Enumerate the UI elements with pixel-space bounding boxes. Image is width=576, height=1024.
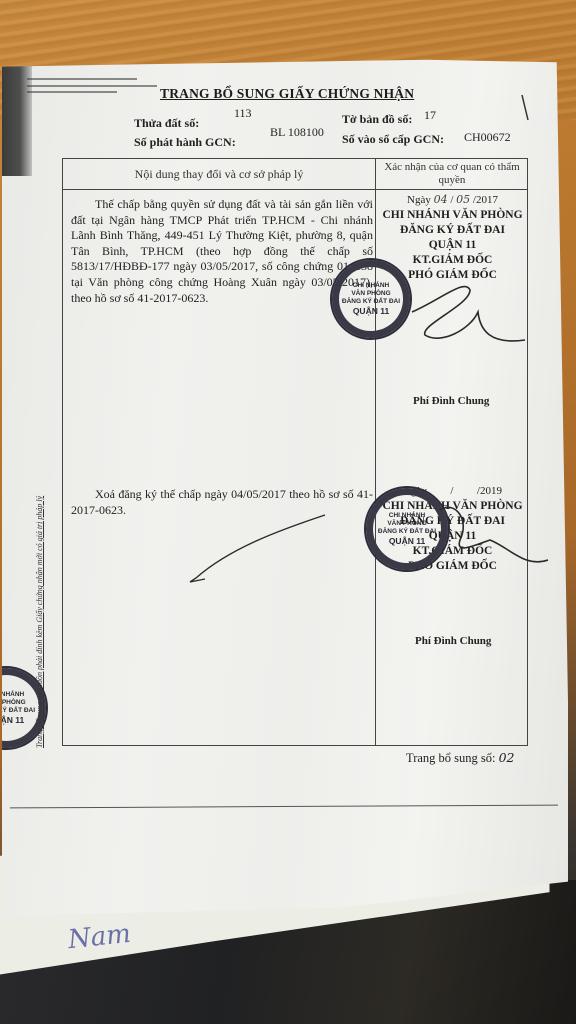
entry-1-date: Ngày 04 / 05 /2017 bbox=[376, 192, 529, 208]
scan-artifact bbox=[2, 66, 32, 176]
scan-artifact-line bbox=[27, 78, 137, 80]
map-sheet-value: 17 bbox=[424, 108, 436, 123]
issue-number-value: BL 108100 bbox=[270, 125, 324, 140]
header-divider bbox=[63, 189, 527, 190]
issue-number-label: Số phát hành GCN: bbox=[134, 135, 236, 150]
official-stamp-2: CHI NHÁNHVĂN PHÒNGĐĂNG KÝ ĐẤT ĐAIQUẬN 11 bbox=[364, 486, 450, 572]
certificate-supplement-page: TRANG BỔ SUNG GIẤY CHỨNG NHẬN Thửa đất s… bbox=[2, 58, 568, 916]
header-confirmation-column: Xác nhận của cơ quan có thẩm quyền bbox=[376, 161, 528, 187]
entry-2-content: Xoá đăng ký thế chấp ngày 04/05/2017 the… bbox=[71, 487, 373, 518]
header-content-column: Nội dung thay đổi và cơ sở pháp lý bbox=[63, 159, 375, 189]
parcel-number-value: 113 bbox=[234, 106, 252, 121]
entry-1-content: Thế chấp bằng quyền sử dụng đất và tài s… bbox=[71, 197, 373, 306]
side-legal-note: Trang bổ sung này luôn phải đính kèm Giấ… bbox=[35, 496, 44, 748]
official-stamp-1: CHI NHÁNHVĂN PHÒNGĐĂNG KÝ ĐẤT ĐAIQUẬN 11 bbox=[330, 258, 412, 340]
parcel-number-label: Thửa đất số: bbox=[134, 116, 199, 131]
register-number-value: CH00672 bbox=[464, 130, 511, 145]
entry-1-signer: Phí Đình Chung bbox=[413, 395, 489, 407]
entry-2-signer: Phí Đình Chung bbox=[415, 635, 491, 647]
bottom-divider bbox=[10, 805, 558, 809]
supplement-page-number: Trang bổ sung số: 02 bbox=[406, 750, 515, 766]
register-number-label: Số vào sổ cấp GCN: bbox=[342, 132, 444, 147]
map-sheet-label: Tờ bản đồ số: bbox=[342, 112, 412, 127]
changes-table: Nội dung thay đổi và cơ sở pháp lý Xác n… bbox=[62, 158, 528, 746]
scan-artifact-line bbox=[27, 91, 117, 93]
scan-artifact-line bbox=[27, 85, 157, 87]
document-title: TRANG BỔ SUNG GIẤY CHỨNG NHẬN bbox=[160, 86, 414, 102]
